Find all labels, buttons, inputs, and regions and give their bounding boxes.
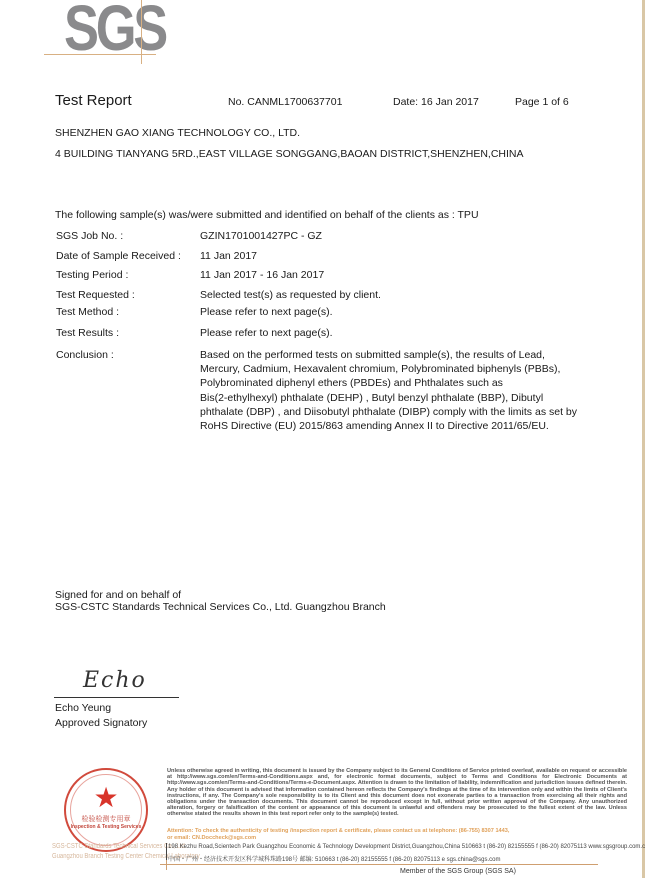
- conclusion-line: Based on the performed tests on submitte…: [200, 348, 600, 362]
- field-value-test-method: Please refer to next page(s).: [200, 306, 333, 318]
- legal-disclaimer: Unless otherwise agreed in writing, this…: [167, 768, 627, 818]
- sgs-member-note: Member of the SGS Group (SGS SA): [400, 868, 516, 875]
- report-number: No. CANML1700637701: [228, 96, 342, 108]
- official-stamp: ★ 检验检测专用章 Inspection & Testing Services: [64, 768, 148, 852]
- conclusion-line: Mercury, Cadmium, Hexavalent chromium, P…: [200, 362, 600, 376]
- conclusion-line: Polybrominated diphenyl ethers (PBDEs) a…: [200, 376, 600, 390]
- stamp-en-text: Inspection & Testing Services: [66, 824, 146, 830]
- star-icon: ★: [66, 784, 146, 812]
- address-chinese: 中国・广州・经济技术开发区科学城科珠路198号 邮编: 510663 t (86…: [168, 854, 500, 863]
- field-value-job-no: GZIN1701001427PC - GZ: [200, 230, 322, 242]
- signature-line: [54, 697, 179, 698]
- field-value-testing-period: 11 Jan 2017 - 16 Jan 2017: [200, 269, 324, 281]
- conclusion-text: Based on the performed tests on submitte…: [200, 348, 600, 433]
- signatory-name: Echo Yeung: [55, 702, 111, 714]
- field-label-test-requested: Test Requested :: [56, 289, 135, 301]
- stamp-cn-text: 检验检测专用章: [66, 814, 146, 824]
- field-value-test-requested: Selected test(s) as requested by client.: [200, 289, 381, 301]
- conclusion-line: RoHS Directive (EU) 2015/863 amending An…: [200, 419, 600, 433]
- address-english: 198 Kezhu Road,Scientech Park Guangzhou …: [168, 844, 645, 850]
- conclusion-label: Conclusion :: [56, 349, 114, 361]
- field-label-test-results: Test Results :: [56, 327, 119, 339]
- conclusion-line: Bis(2-ethylhexyl) phthalate (DEHP) , But…: [200, 391, 600, 405]
- field-label-test-method: Test Method :: [56, 306, 119, 318]
- handwritten-signature: Echo: [83, 668, 147, 693]
- logo-text: SGS: [64, 0, 165, 60]
- field-label-testing-period: Testing Period :: [56, 269, 128, 281]
- authenticity-notice: Attention: To check the authenticity of …: [167, 828, 509, 834]
- report-date: Date: 16 Jan 2017: [393, 96, 479, 108]
- report-title: Test Report: [55, 92, 132, 109]
- field-value-date-received: 11 Jan 2017: [200, 250, 257, 262]
- signing-company: SGS-CSTC Standards Technical Services Co…: [55, 601, 386, 613]
- signed-on-behalf: Signed for and on behalf of: [55, 589, 181, 601]
- client-address: 4 BUILDING TIANYANG 5RD.,EAST VILLAGE SO…: [55, 148, 524, 160]
- signatory-title: Approved Signatory: [55, 717, 147, 729]
- field-value-test-results: Please refer to next page(s).: [200, 327, 333, 339]
- authenticity-email: or email: CN.Doccheck@sgs.com: [167, 835, 256, 841]
- field-label-date-received: Date of Sample Received :: [56, 250, 181, 262]
- sample-intro: The following sample(s) was/were submitt…: [55, 209, 479, 221]
- footer-divider: [160, 864, 598, 865]
- client-name: SHENZHEN GAO XIANG TECHNOLOGY CO., LTD.: [55, 127, 300, 139]
- conclusion-line: phthalate (DBP) , and Diisobutyl phthala…: [200, 405, 600, 419]
- footer-divider-tick: [166, 860, 167, 870]
- logo-divider-vertical: [141, 0, 142, 64]
- field-label-job-no: SGS Job No. :: [56, 230, 123, 242]
- logo-divider: [44, 54, 156, 55]
- page-indicator: Page 1 of 6: [515, 96, 569, 108]
